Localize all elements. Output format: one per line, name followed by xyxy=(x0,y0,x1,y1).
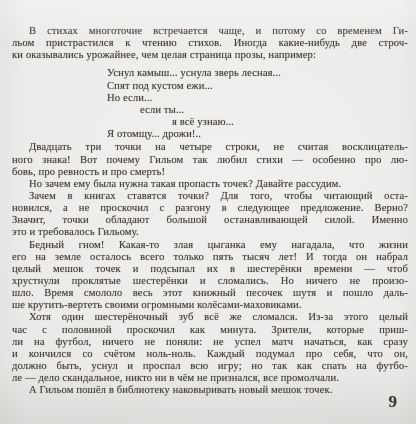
text-line: новился, а не проскочил с разгону в след… xyxy=(12,203,408,215)
paragraph: Зачем в книгах ставятся точки? Для того,… xyxy=(12,191,408,240)
text-line: и кончился со счётом ноль-ноль. Каждый п… xyxy=(12,349,408,361)
text-line: Хотя один шестерёночный зуб всё же слома… xyxy=(12,312,408,324)
verse-line: Уснул камыш... уснула зверь лесная... xyxy=(12,68,408,80)
page-number: 9 xyxy=(389,392,398,412)
text-line: В стихах многоточие встречается чаще, и … xyxy=(12,26,408,38)
text-line: шло. Время смололо весь этот книжный пес… xyxy=(12,288,408,300)
text-line: Двадцать три точки на четыре строки, не … xyxy=(12,142,408,154)
book-page: В стихах многоточие встречается чаще, и … xyxy=(0,0,416,424)
text-line: это и требовалось Гильому. xyxy=(12,227,408,239)
text-line: Значит, точки обладают большой останавли… xyxy=(12,215,408,227)
text-line: ного знака! Вот почему Гильом так любил … xyxy=(12,155,408,167)
verse-line: я всё узнаю... xyxy=(12,117,408,129)
page-text: В стихах многоточие встречается чаще, и … xyxy=(12,26,408,397)
text-line: ли на футбол, ничего не поняли: не успел… xyxy=(12,337,408,349)
text-line: Но зачем ему была нужна такая пропасть т… xyxy=(12,179,408,191)
verse-line: если ты... xyxy=(12,105,408,117)
text-line: Зачем в книгах ставятся точки? Для того,… xyxy=(12,191,408,203)
paragraph: Бедный гном! Какая-то злая цыганка ему н… xyxy=(12,240,408,313)
paragraph: Двадцать три точки на четыре строки, не … xyxy=(12,142,408,178)
paragraph: Но зачем ему была нужна такая пропасть т… xyxy=(12,179,408,191)
text-line: Бедный гном! Какая-то злая цыганка ему н… xyxy=(12,240,408,252)
paragraph: В стихах многоточие встречается чаще, и … xyxy=(12,26,408,62)
text-line: его на земле осталось всего только пять … xyxy=(12,252,408,264)
paragraph: А Гильом пошёл в библиотеку наковыривать… xyxy=(12,385,408,397)
text-line: льом пристрастился к чтению стихов. Иног… xyxy=(12,38,408,50)
verse-line: Но если... xyxy=(12,93,408,105)
text-line: ле — дело скандальное, никто ни в чём не… xyxy=(12,373,408,385)
paragraph: Хотя один шестерёночный зуб всё же слома… xyxy=(12,312,408,385)
text-line: А Гильом пошёл в библиотеку наковыривать… xyxy=(12,385,408,397)
text-line: целый мешок точек и подсыпал их в шестер… xyxy=(12,264,408,276)
text-line: ки оказывались урожайнее, чем целая стра… xyxy=(12,50,408,62)
verse-line: Спят под кустом ежи... xyxy=(12,81,408,93)
verse-line: Я отомщу... дрожи!.. xyxy=(12,129,408,141)
text-line: час с половиной проскочил как минута. Зр… xyxy=(12,325,408,337)
text-line: хрустнули проклятые шестерёнки и сломали… xyxy=(12,276,408,288)
text-line: должно быть, уснул и проспал всю игру; н… xyxy=(12,361,408,373)
text-line: бовь, про ревность и про смерть! xyxy=(12,167,408,179)
text-line: ше крутить-вертеть своими огромными колё… xyxy=(12,300,408,312)
verse-block: Уснул камыш... уснула зверь лесная...Спя… xyxy=(12,68,408,141)
